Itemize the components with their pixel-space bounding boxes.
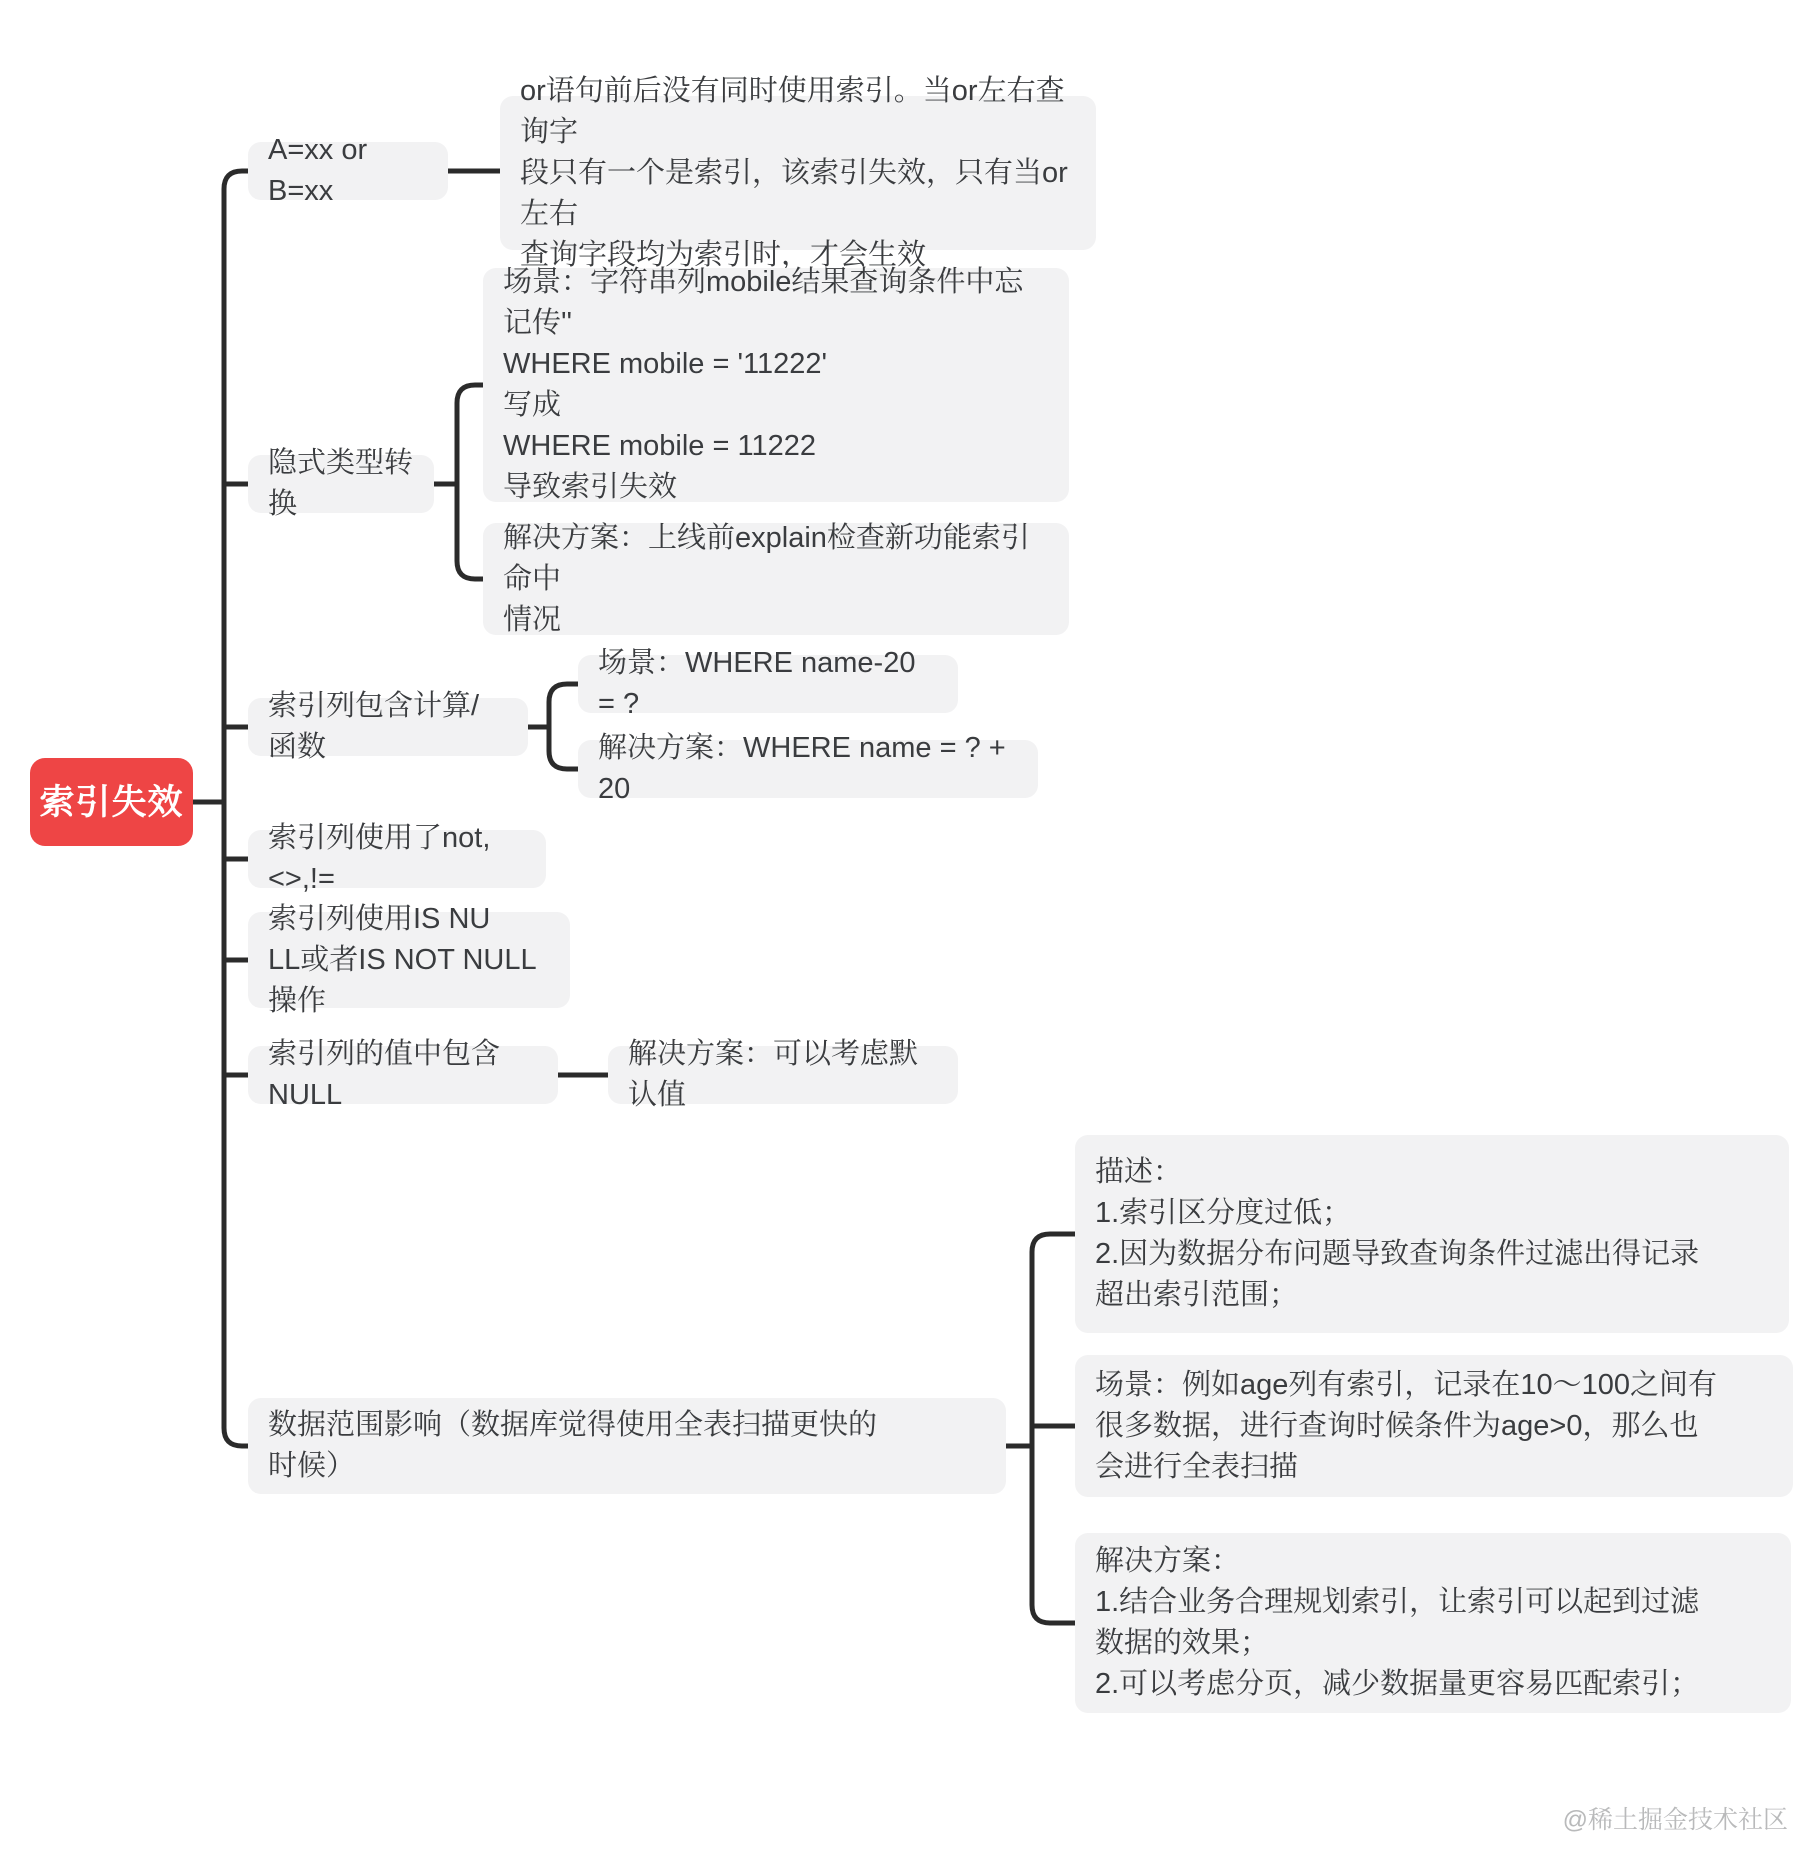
note-or-explanation[interactable]: or语句前后没有同时使用索引。当or左右查询字 段只有一个是索引，该索引失效，只… [500,96,1096,250]
node-null-values[interactable]: 索引列的值中包含NULL [248,1046,558,1104]
note-data-range-description[interactable]: 描述： 1.索引区分度过低； 2.因为数据分布问题导致查询条件过滤出得记录 超出… [1075,1135,1789,1333]
note-data-range-solution[interactable]: 解决方案： 1.结合业务合理规划索引，让索引可以起到过滤 数据的效果； 2.可以… [1075,1533,1791,1713]
mindmap-canvas: 索引失效 A=xx or B=xx or语句前后没有同时使用索引。当or左右查询… [0,0,1802,1850]
note-implicit-scenario[interactable]: 场景：字符串列mobile结果查询条件中忘记传'' WHERE mobile =… [483,268,1069,502]
note-calculation-scenario[interactable]: 场景：WHERE name-20 = ? [578,655,958,713]
node-label: 索引列包含计算/函数 [268,686,508,768]
note-text: 描述： 1.索引区分度过低； 2.因为数据分布问题导致查询条件过滤出得记录 超出… [1095,1152,1699,1316]
node-label: 索引列的值中包含NULL [268,1034,538,1116]
node-label: 索引列使用IS NU LL或者IS NOT NULL操作 [268,899,550,1022]
note-text: 解决方案：可以考虑默认值 [628,1034,938,1116]
note-text: 解决方案： 1.结合业务合理规划索引，让索引可以起到过滤 数据的效果； 2.可以… [1095,1541,1699,1705]
node-label: A=xx or B=xx [268,130,428,212]
node-is-null-operations[interactable]: 索引列使用IS NU LL或者IS NOT NULL操作 [248,912,570,1008]
note-text: 场景：例如age列有索引，记录在10～100之间有 很多数据，进行查询时候条件为… [1095,1365,1717,1488]
note-text: 解决方案：WHERE name = ? + 20 [598,728,1018,810]
node-a-or-b[interactable]: A=xx or B=xx [248,142,448,200]
note-text: 场景：字符串列mobile结果查询条件中忘记传'' WHERE mobile =… [503,262,1049,508]
node-label: 数据范围影响（数据库觉得使用全表扫描更快的 时候） [268,1405,877,1487]
note-null-default-solution[interactable]: 解决方案：可以考虑默认值 [608,1046,958,1104]
node-label: 索引列使用了not,<>,!= [268,818,526,900]
note-text: or语句前后没有同时使用索引。当or左右查询字 段只有一个是索引，该索引失效，只… [520,71,1076,276]
note-implicit-solution[interactable]: 解决方案：上线前explain检查新功能索引命中 情况 [483,523,1069,635]
node-not-operators[interactable]: 索引列使用了not,<>,!= [248,830,546,888]
watermark: @稀土掘金技术社区 [1563,1800,1788,1836]
node-index-column-calculation[interactable]: 索引列包含计算/函数 [248,698,528,756]
root-label: 索引失效 [40,782,184,823]
node-label: 隐式类型转换 [268,443,414,525]
node-data-range-impact[interactable]: 数据范围影响（数据库觉得使用全表扫描更快的 时候） [248,1398,1006,1494]
node-implicit-type-conversion[interactable]: 隐式类型转换 [248,455,434,513]
note-text: 场景：WHERE name-20 = ? [598,643,938,725]
note-text: 解决方案：上线前explain检查新功能索引命中 情况 [503,518,1049,641]
note-calculation-solution[interactable]: 解决方案：WHERE name = ? + 20 [578,740,1038,798]
note-data-range-scenario[interactable]: 场景：例如age列有索引，记录在10～100之间有 很多数据，进行查询时候条件为… [1075,1355,1793,1497]
root-node-index-failure[interactable]: 索引失效 [30,758,193,846]
